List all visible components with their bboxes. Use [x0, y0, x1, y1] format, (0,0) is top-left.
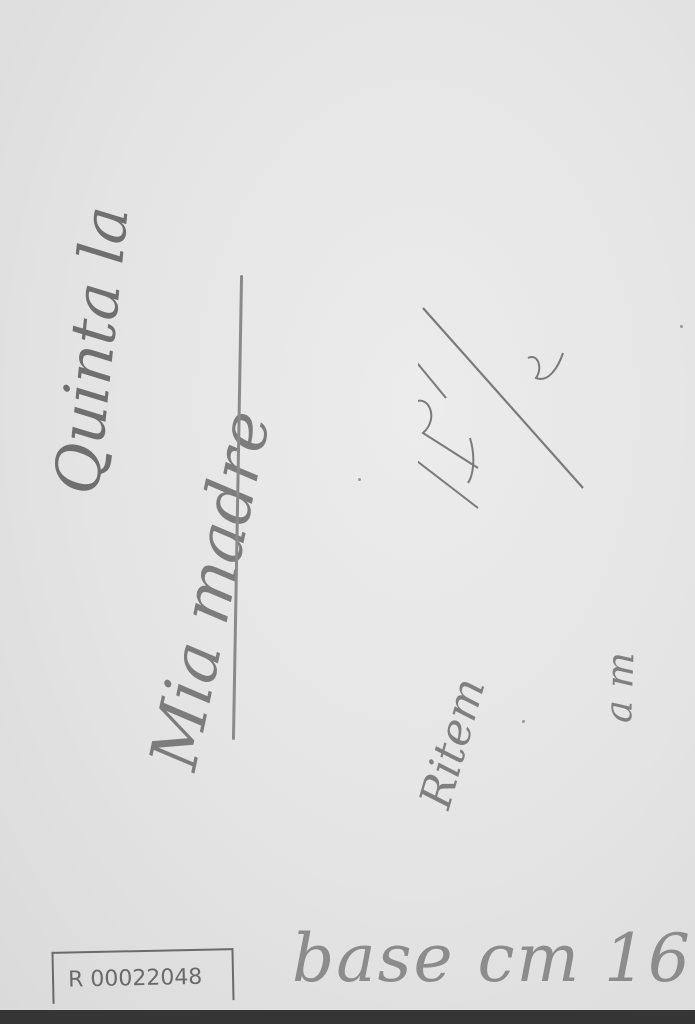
- handwritten-line-quinta: Quinta la: [40, 203, 143, 498]
- archive-number: R 00022048: [68, 965, 203, 993]
- handwritten-note-am: a m: [596, 651, 642, 723]
- handwritten-word-ritem: Ritem: [410, 672, 496, 814]
- paper-speck: [358, 478, 361, 481]
- handwritten-base-dimension: base cm 16: [292, 920, 692, 997]
- paper-speck: [522, 720, 525, 723]
- photo-back-paper: Quinta la Mia madre Ritem a m base cm 16…: [0, 0, 695, 1010]
- paper-speck: [680, 325, 683, 328]
- archive-number-stamp: R 00022048: [51, 948, 234, 1004]
- handwritten-line-mia-madre: Mia madre: [135, 404, 286, 776]
- handwritten-fraction: [418, 298, 598, 518]
- fraction-strokes-icon: [418, 298, 598, 518]
- scan-bottom-edge: [0, 1010, 695, 1024]
